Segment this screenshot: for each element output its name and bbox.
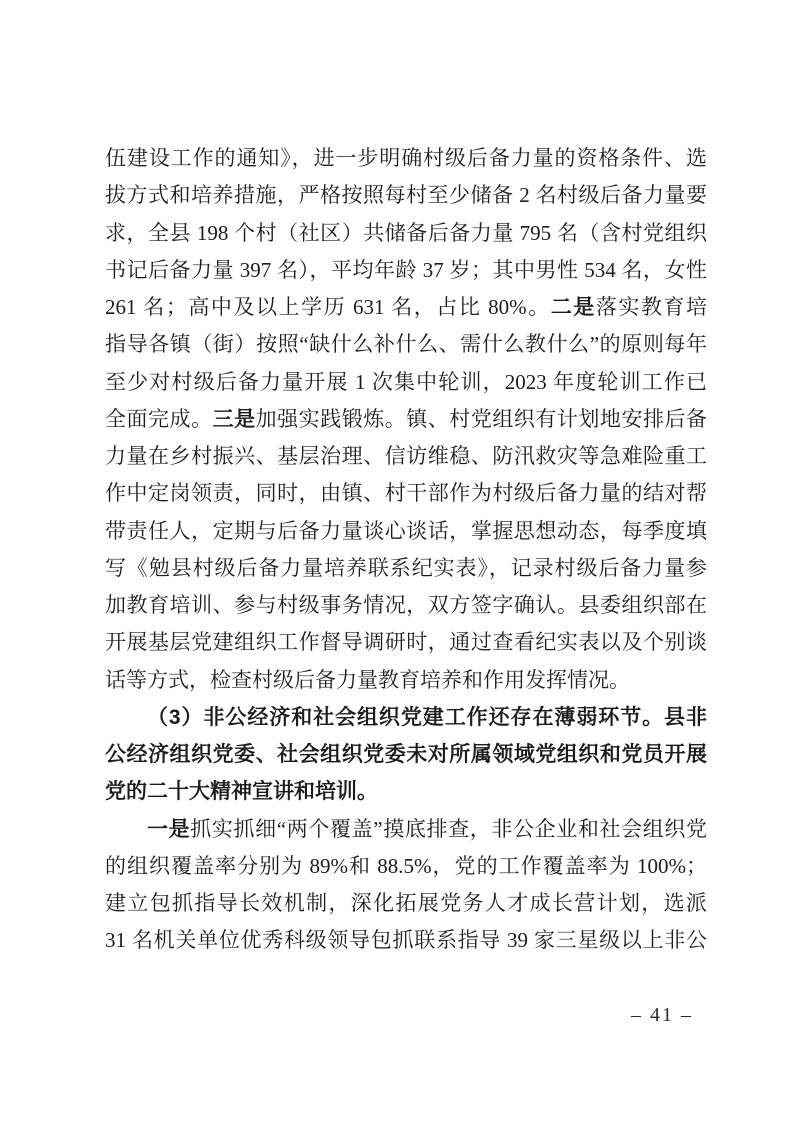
body-text-line: 至少对村级后备力量开展 1 次集中轮训，2023 年度轮训工作已 <box>105 364 707 401</box>
body-text-line: 开展基层党建组织工作督导调研时，通过查看纪实表以及个别谈 <box>105 624 707 661</box>
body-text-line: 求，全县 198 个村（社区）共储备后备力量 795 名（含村党组织 <box>105 215 707 252</box>
body-text-line: 31 名机关单位优秀科级领导包抓联系指导 39 家三星级以上非公 <box>105 922 707 959</box>
body-text-line: 261 名；高中及以上学历 631 名，占比 80%。二是落实教育培训。 <box>105 289 707 326</box>
page-number: – 41 – <box>105 1001 693 1029</box>
section-heading-line: 党的二十大精神宣讲和培训。 <box>105 773 707 810</box>
body-text-line: 全面完成。三是加强实践锻炼。镇、村党组织有计划地安排后备 <box>105 401 707 438</box>
bold-emphasis: 三是 <box>213 408 256 431</box>
body-text-line: 建立包抓指导长效机制，深化拓展党务人才成长营计划，选派 <box>105 885 707 922</box>
bold-emphasis: 二是 <box>551 296 596 319</box>
section-heading-line: （3）非公经济和社会组织党建工作还存在薄弱环节。县非 <box>105 699 707 736</box>
body-text-line: 加教育培训、参与村级事务情况，双方签字确认。县委组织部在 <box>105 587 707 624</box>
body-text-line: 拔方式和培养措施，严格按照每村至少储备 2 名村级后备力量要 <box>105 177 707 214</box>
body-text-line: 写《勉县村级后备力量培养联系纪实表》，记录村级后备力量参 <box>105 550 707 587</box>
text-segment: 加强实践锻炼。镇、村党组织有计划地安排后备 <box>256 407 707 431</box>
body-text-line: 话等方式，检查村级后备力量教育培养和作用发挥情况。 <box>105 662 707 699</box>
body-text-line: 指导各镇（街）按照“缺什么补什么、需什么教什么”的原则每年 <box>105 326 707 363</box>
body-text-line: 伍建设工作的通知》，进一步明确村级后备力量的资格条件、选 <box>105 140 707 177</box>
text-segment: 抓实抓细“两个覆盖”摸底排查，非公企业和社会组织党 <box>190 817 707 841</box>
document-text-block: 伍建设工作的通知》，进一步明确村级后备力量的资格条件、选 拔方式和培养措施，严格… <box>105 140 707 960</box>
body-text-line: 的组织覆盖率分别为 89%和 88.5%，党的工作覆盖率为 100%； <box>105 848 707 885</box>
body-text-line: 一是抓实抓细“两个覆盖”摸底排查，非公企业和社会组织党 <box>105 811 707 848</box>
bold-emphasis: 一是 <box>147 818 190 841</box>
body-text-line: 力量在乡村振兴、基层治理、信访维稳、防汛救灾等急难险重工 <box>105 438 707 475</box>
body-text-line: 带责任人，定期与后备力量谈心谈话，掌握思想动态，每季度填 <box>105 513 707 550</box>
text-segment: 261 名；高中及以上学历 631 名，占比 80%。 <box>105 295 551 319</box>
text-segment: 全面完成。 <box>105 407 213 431</box>
document-page: { "page": { "number_label": "– 41 –", "b… <box>0 0 793 1122</box>
body-text-line: 书记后备力量 397 名），平均年龄 37 岁；其中男性 534 名，女性 <box>105 252 707 289</box>
body-text-line: 作中定岗领责，同时，由镇、村干部作为村级后备力量的结对帮 <box>105 475 707 512</box>
section-heading-line: 公经济组织党委、社会组织党委未对所属领域党组织和党员开展 <box>105 736 707 773</box>
